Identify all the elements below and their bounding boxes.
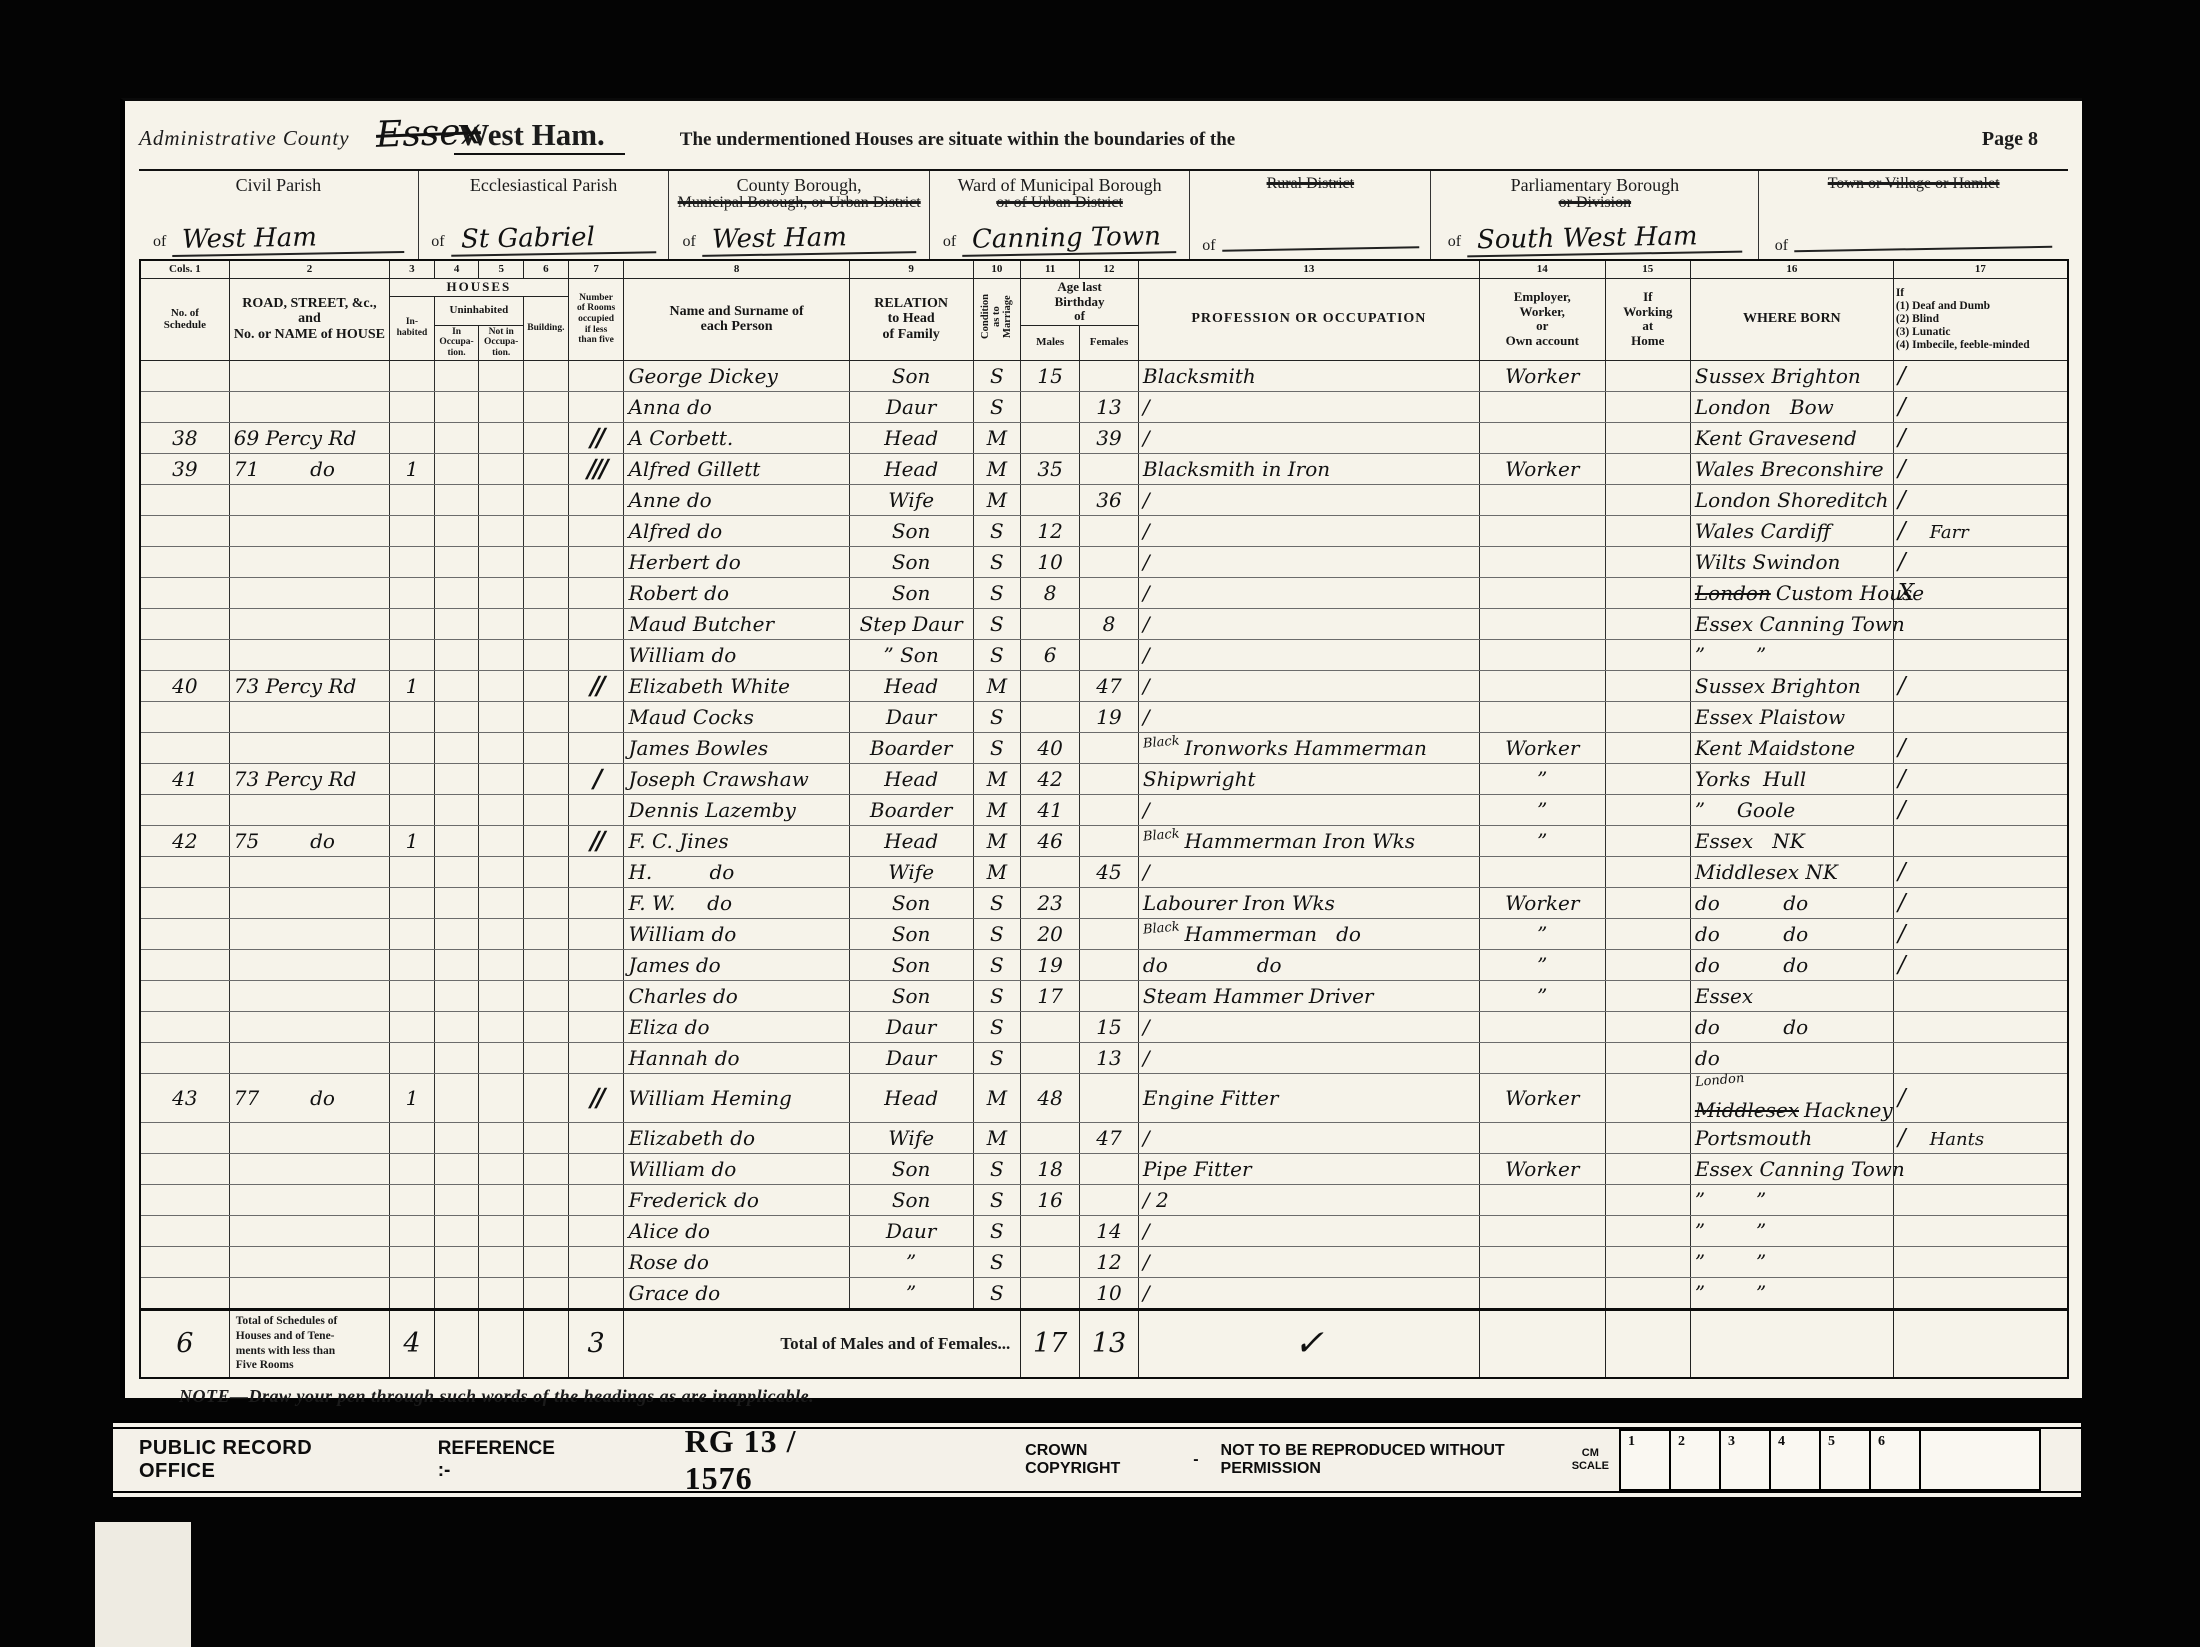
table-row: Alice doDaurS14/” ” (140, 1215, 2068, 1246)
cell-where-born: Essex (1690, 980, 1893, 1011)
cell-age-male: 20 (1021, 918, 1080, 949)
cell-where-born: Wilts Swindon (1690, 546, 1893, 577)
cell-relation: Wife (849, 484, 973, 515)
cell-uninhabited-not-occupied (479, 856, 524, 887)
cell-building (524, 856, 569, 887)
cell-age-male (1021, 701, 1080, 732)
cell-uninhabited-not-occupied (479, 546, 524, 577)
cell-employer: ” (1479, 918, 1605, 949)
cell-rooms-mark (568, 1122, 624, 1153)
table-row: 4073 Percy Rd1∕∕Elizabeth WhiteHeadM47/S… (140, 670, 2068, 701)
cell-at-home (1605, 1122, 1690, 1153)
cell-at-home (1605, 732, 1690, 763)
cell-relation: Son (849, 1184, 973, 1215)
cell-rooms-mark (568, 732, 624, 763)
cell-rooms-mark: ∕∕ (568, 670, 624, 701)
cell-relation: Head (849, 453, 973, 484)
jurisdiction-value (1794, 216, 2053, 253)
cell-relation: Son (849, 887, 973, 918)
cell-where-born: Kent Maidstone (1690, 732, 1893, 763)
column-number: 13 (1138, 260, 1479, 279)
cell-schedule (140, 732, 229, 763)
cell-at-home (1605, 546, 1690, 577)
cell-employer (1479, 484, 1605, 515)
jurisdiction-label: County Borough, (737, 176, 862, 195)
cell-age-male: 16 (1021, 1184, 1080, 1215)
cell-uninhabited-not-occupied (479, 763, 524, 794)
col-header-males: Males (1021, 325, 1080, 360)
cell-rooms-mark (568, 577, 624, 608)
scan-artifact-patch (95, 1522, 191, 1647)
cell-age-female: 8 (1080, 608, 1139, 639)
cell-schedule: 41 (140, 763, 229, 794)
cell-employer (1479, 670, 1605, 701)
cell-uninhabited-occupied (434, 887, 479, 918)
cell-infirmity: / (1893, 453, 2068, 484)
cell-where-born: Kent Gravesend (1690, 422, 1893, 453)
cell-inhabited (390, 484, 435, 515)
cell-uninhabited-occupied (434, 1011, 479, 1042)
cell-at-home (1605, 608, 1690, 639)
cell-condition: S (973, 1153, 1021, 1184)
cell-building (524, 515, 569, 546)
cell-employer (1479, 1122, 1605, 1153)
cell-age-male: 8 (1021, 577, 1080, 608)
cell-at-home (1605, 1011, 1690, 1042)
cell-name: James Bowles (624, 732, 849, 763)
col-header-road: ROAD, STREET, &c., and No. or NAME of HO… (229, 279, 389, 361)
cell-rooms-mark (568, 887, 624, 918)
cell-age-female (1080, 732, 1139, 763)
cell-road (229, 484, 389, 515)
jurisdiction-label: Parliamentary Borough (1511, 176, 1679, 195)
cell-uninhabited-not-occupied (479, 1011, 524, 1042)
cell-rooms-mark (568, 515, 624, 546)
cell-age-female (1080, 639, 1139, 670)
cell-age-female: 10 (1080, 1277, 1139, 1309)
cell-uninhabited-not-occupied (479, 794, 524, 825)
cell-occupation: Engine Fitter (1138, 1073, 1479, 1122)
column-number: 4 (434, 260, 479, 279)
cell-building (524, 639, 569, 670)
cell-schedule (140, 918, 229, 949)
cell-uninhabited-occupied (434, 453, 479, 484)
of-label: of (1202, 237, 1215, 255)
column-number: 2 (229, 260, 389, 279)
cell-age-male: 46 (1021, 825, 1080, 856)
cell-building (524, 1122, 569, 1153)
cell-building (524, 949, 569, 980)
cell-name: Robert do (624, 577, 849, 608)
cell-age-male (1021, 484, 1080, 515)
jurisdiction-struck-label: Rural District (1267, 176, 1355, 193)
cell-occupation: / (1138, 856, 1479, 887)
cell-age-male (1021, 856, 1080, 887)
cell-road: 73 Percy Rd (229, 763, 389, 794)
cell-schedule: 40 (140, 670, 229, 701)
cell-at-home (1605, 825, 1690, 856)
cell-occupation: BlackHammerman do (1138, 918, 1479, 949)
cell-name: Anna do (624, 391, 849, 422)
cell-infirmity (1893, 1011, 2068, 1042)
cell-inhabited (390, 856, 435, 887)
table-row: 4173 Percy Rd∕Joseph CrawshawHeadM42Ship… (140, 763, 2068, 794)
cell-employer (1479, 1184, 1605, 1215)
cell-road: 69 Percy Rd (229, 422, 389, 453)
cell-uninhabited-not-occupied (479, 577, 524, 608)
occupation-insertion: Black (1142, 733, 1180, 751)
cell-age-female (1080, 887, 1139, 918)
cell-schedule (140, 1153, 229, 1184)
cell-age-female (1080, 949, 1139, 980)
cell-name: F. W. do (624, 887, 849, 918)
cell-relation: ” Son (849, 639, 973, 670)
cell-road: 71 do (229, 453, 389, 484)
cell-inhabited (390, 1153, 435, 1184)
cell-infirmity: /Hants (1893, 1122, 2068, 1153)
cell-uninhabited-not-occupied (479, 484, 524, 515)
cell-at-home (1605, 1246, 1690, 1277)
cell-name: Anne do (624, 484, 849, 515)
jurisdiction-value: Canning Town (962, 221, 1177, 257)
cell-rooms-mark (568, 1184, 624, 1215)
cell-building (524, 546, 569, 577)
cell-schedule (140, 1215, 229, 1246)
cell-building (524, 732, 569, 763)
cell-infirmity (1893, 825, 2068, 856)
cell-where-born: do (1690, 1042, 1893, 1073)
cell-occupation: Pipe Fitter (1138, 1153, 1479, 1184)
cell-age-female (1080, 918, 1139, 949)
cell-occupation: do do (1138, 949, 1479, 980)
cell-age-male: 35 (1021, 453, 1080, 484)
cell-building (524, 453, 569, 484)
cell-relation: Boarder (849, 794, 973, 825)
jurisdiction-label: Civil Parish (236, 176, 322, 195)
census-rows: George DickeySonS15BlacksmithWorkerSusse… (140, 360, 2068, 1309)
table-row: Alfred doSonS12/Wales Cardiff/Farr (140, 515, 2068, 546)
cell-relation: Daur (849, 701, 973, 732)
cell-where-born: ” Goole (1690, 794, 1893, 825)
cell-occupation: / (1138, 670, 1479, 701)
column-number: 3 (390, 260, 435, 279)
cell-age-female (1080, 794, 1139, 825)
table-row: 4275 do1∕∕F. C. JinesHeadM46BlackHammerm… (140, 825, 2068, 856)
cell-condition: M (973, 1073, 1021, 1122)
cell-building (524, 887, 569, 918)
cell-condition: M (973, 1122, 1021, 1153)
jurisdiction-box: Ward of Municipal Boroughor of Urban Dis… (930, 171, 1190, 259)
cell-at-home (1605, 577, 1690, 608)
cell-relation: Step Daur (849, 608, 973, 639)
cell-uninhabited-occupied (434, 360, 479, 391)
cell-age-male (1021, 1215, 1080, 1246)
cell-uninhabited-occupied (434, 825, 479, 856)
cell-uninhabited-occupied (434, 515, 479, 546)
cell-schedule: 38 (140, 422, 229, 453)
jurisdiction-struck-label: Municipal Borough, or Urban District (678, 195, 921, 212)
cell-building (524, 825, 569, 856)
cell-at-home (1605, 391, 1690, 422)
cell-age-female: 36 (1080, 484, 1139, 515)
cell-condition: S (973, 701, 1021, 732)
cell-employer (1479, 639, 1605, 670)
cell-infirmity: / (1893, 546, 2068, 577)
cell-uninhabited-not-occupied (479, 980, 524, 1011)
totals-label: Total of Schedules of Houses and of Tene… (229, 1309, 389, 1378)
cell-uninhabited-not-occupied (479, 825, 524, 856)
cell-relation: ” (849, 1246, 973, 1277)
cell-building (524, 1073, 569, 1122)
cell-condition: S (973, 360, 1021, 391)
cell-age-male (1021, 422, 1080, 453)
cell-building (524, 670, 569, 701)
col-header-age: Age last Birthday of (1021, 279, 1139, 326)
cell-condition: M (973, 422, 1021, 453)
col-header-building: Building. (524, 296, 569, 360)
cell-building (524, 763, 569, 794)
cell-road (229, 608, 389, 639)
cell-uninhabited-occupied (434, 856, 479, 887)
cell-age-female (1080, 577, 1139, 608)
cell-where-born: Essex NK (1690, 825, 1893, 856)
cell-road: 73 Percy Rd (229, 670, 389, 701)
cell-inhabited (390, 763, 435, 794)
cell-relation: Head (849, 670, 973, 701)
cell-rooms-mark (568, 1246, 624, 1277)
cell-relation: Son (849, 949, 973, 980)
cell-where-born: ” ” (1690, 1184, 1893, 1215)
cell-infirmity: / (1893, 763, 2068, 794)
column-number: 16 (1690, 260, 1893, 279)
cell-schedule (140, 887, 229, 918)
cell-employer (1479, 1277, 1605, 1309)
cell-age-female (1080, 1153, 1139, 1184)
cell-at-home (1605, 1215, 1690, 1246)
cell-road (229, 1246, 389, 1277)
cell-infirmity (1893, 1246, 2068, 1277)
cell-building (524, 577, 569, 608)
column-number: 11 (1021, 260, 1080, 279)
cell-occupation: / (1138, 1122, 1479, 1153)
cell-uninhabited-occupied (434, 639, 479, 670)
cell-occupation: / (1138, 639, 1479, 670)
col-header-in-occupation: In Occupa- tion. (434, 325, 479, 360)
cell-schedule (140, 794, 229, 825)
cell-road (229, 1215, 389, 1246)
cell-rooms-mark (568, 701, 624, 732)
cell-occupation: / (1138, 1011, 1479, 1042)
cell-road (229, 732, 389, 763)
admin-county-label: Administrative County (139, 126, 350, 151)
cell-employer: Worker (1479, 1073, 1605, 1122)
cell-at-home (1605, 887, 1690, 918)
cell-occupation: / (1138, 1246, 1479, 1277)
cell-infirmity: / (1893, 1073, 2068, 1122)
table-row: 4377 do1∕∕William HemingHeadM48Engine Fi… (140, 1073, 2068, 1122)
cell-rooms-mark (568, 391, 624, 422)
cell-condition: S (973, 732, 1021, 763)
cell-schedule (140, 546, 229, 577)
cell-employer: Worker (1479, 453, 1605, 484)
jurisdiction-box: Civil ParishofWest Ham (139, 171, 419, 259)
cell-inhabited (390, 639, 435, 670)
cell-relation: Head (849, 763, 973, 794)
cell-inhabited (390, 701, 435, 732)
cell-road (229, 980, 389, 1011)
table-row: James doSonS19do do”do do/ (140, 949, 2068, 980)
cell-infirmity: / (1893, 918, 2068, 949)
separator-dash: - (1193, 1451, 1198, 1469)
cell-at-home (1605, 639, 1690, 670)
cell-rooms-mark (568, 1011, 624, 1042)
cell-infirmity: / (1893, 794, 2068, 825)
cell-rooms-mark (568, 1042, 624, 1073)
cell-schedule (140, 391, 229, 422)
cell-inhabited (390, 918, 435, 949)
cm-scale-label: CM SCALE (1572, 1447, 1609, 1472)
cell-uninhabited-not-occupied (479, 360, 524, 391)
cell-occupation: Blacksmith (1138, 360, 1479, 391)
cell-age-male (1021, 1246, 1080, 1277)
cell-rooms-mark (568, 918, 624, 949)
cell-condition: S (973, 887, 1021, 918)
cell-relation: Head (849, 422, 973, 453)
cell-rooms-mark: ∕∕ (568, 825, 624, 856)
cell-where-born: do do (1690, 949, 1893, 980)
cell-uninhabited-occupied (434, 949, 479, 980)
column-number: 5 (479, 260, 524, 279)
cell-occupation: / (1138, 515, 1479, 546)
cell-uninhabited-occupied (434, 608, 479, 639)
cell-building (524, 701, 569, 732)
cell-road (229, 1122, 389, 1153)
cell-uninhabited-occupied (434, 422, 479, 453)
cell-uninhabited-not-occupied (479, 1073, 524, 1122)
cm-scale-ruler: 123456 (1619, 1429, 2041, 1491)
cell-inhabited (390, 732, 435, 763)
cell-occupation: Shipwright (1138, 763, 1479, 794)
table-row: Elizabeth doWifeM47/Portsmouth/Hants (140, 1122, 2068, 1153)
cell-where-born: London Bow (1690, 391, 1893, 422)
cell-road (229, 577, 389, 608)
cell-name: Alfred do (624, 515, 849, 546)
cell-age-male (1021, 1277, 1080, 1309)
cell-relation: Son (849, 918, 973, 949)
table-row: F. W. doSonS23Labourer Iron WksWorkerdo … (140, 887, 2068, 918)
jurisdiction-box: Parliamentary Boroughor DivisionofSouth … (1431, 171, 1759, 259)
cell-road (229, 1153, 389, 1184)
cell-uninhabited-not-occupied (479, 422, 524, 453)
cell-where-born: LondonCustom House (1690, 577, 1893, 608)
table-row: James BowlesBoarderS40BlackIronworks Ham… (140, 732, 2068, 763)
cell-occupation: / (1138, 1042, 1479, 1073)
cell-relation: Daur (849, 1215, 973, 1246)
cell-uninhabited-occupied (434, 1153, 479, 1184)
cell-road (229, 546, 389, 577)
cell-occupation: Labourer Iron Wks (1138, 887, 1479, 918)
cell-where-born: Essex Canning Town (1690, 608, 1893, 639)
cell-at-home (1605, 701, 1690, 732)
cell-where-born: Essex Plaistow (1690, 701, 1893, 732)
cell-schedule: 43 (140, 1073, 229, 1122)
column-number: 10 (973, 260, 1021, 279)
cell-rooms-mark (568, 949, 624, 980)
cell-uninhabited-not-occupied (479, 670, 524, 701)
cell-occupation: / (1138, 577, 1479, 608)
cell-schedule (140, 1277, 229, 1309)
cell-rooms-mark (568, 360, 624, 391)
cell-schedule (140, 1042, 229, 1073)
jurisdiction-struck-label: or of Urban District (996, 195, 1123, 212)
cell-schedule: 39 (140, 453, 229, 484)
cell-relation: Daur (849, 391, 973, 422)
table-row: William doSonS20BlackHammerman do”do do/ (140, 918, 2068, 949)
cell-at-home (1605, 360, 1690, 391)
cell-uninhabited-not-occupied (479, 1122, 524, 1153)
reference-bar: PUBLIC RECORD OFFICE REFERENCE :- RG 13 … (113, 1420, 2081, 1500)
cell-inhabited: 1 (390, 825, 435, 856)
cell-rooms-mark (568, 608, 624, 639)
cell-uninhabited-occupied (434, 763, 479, 794)
crown-copyright-label: CROWN COPYRIGHT (1025, 1442, 1171, 1478)
cell-schedule (140, 1011, 229, 1042)
cell-uninhabited-occupied (434, 980, 479, 1011)
col-header-inhabited: In- habited (390, 296, 435, 360)
cell-name: Elizabeth do (624, 1122, 849, 1153)
cell-at-home (1605, 422, 1690, 453)
cell-name: Hannah do (624, 1042, 849, 1073)
cell-building (524, 794, 569, 825)
column-number: Cols. 1 (140, 260, 229, 279)
scale-box: 5 (1821, 1431, 1871, 1489)
cell-uninhabited-not-occupied (479, 608, 524, 639)
cell-name: William do (624, 1153, 849, 1184)
cell-age-male: 18 (1021, 1153, 1080, 1184)
cell-infirmity (1893, 608, 2068, 639)
cell-occupation: Steam Hammer Driver (1138, 980, 1479, 1011)
totals-row: 6 Total of Schedules of Houses and of Te… (140, 1309, 2068, 1378)
cell-inhabited: 1 (390, 670, 435, 701)
cell-road (229, 360, 389, 391)
cell-age-female (1080, 763, 1139, 794)
cell-condition: S (973, 546, 1021, 577)
cell-road (229, 1277, 389, 1309)
occupation-insertion: Black (1142, 826, 1180, 844)
cell-road (229, 1184, 389, 1215)
cell-condition: S (973, 1011, 1021, 1042)
cell-relation: Son (849, 546, 973, 577)
cell-inhabited (390, 546, 435, 577)
cell-infirmity: / (1893, 670, 2068, 701)
cell-uninhabited-not-occupied (479, 639, 524, 670)
cell-name: George Dickey (624, 360, 849, 391)
cell-at-home (1605, 1184, 1690, 1215)
cell-road (229, 856, 389, 887)
cell-rooms-mark (568, 980, 624, 1011)
cell-inhabited (390, 515, 435, 546)
cell-infirmity (1893, 1153, 2068, 1184)
cell-occupation: / (1138, 422, 1479, 453)
cell-condition: S (973, 1277, 1021, 1309)
cell-uninhabited-not-occupied (479, 949, 524, 980)
cell-building (524, 391, 569, 422)
cell-uninhabited-not-occupied (479, 1246, 524, 1277)
cell-name: William do (624, 918, 849, 949)
cell-rooms-mark: ∕∕ (568, 1073, 624, 1122)
column-number: 15 (1605, 260, 1690, 279)
cell-uninhabited-occupied (434, 1122, 479, 1153)
